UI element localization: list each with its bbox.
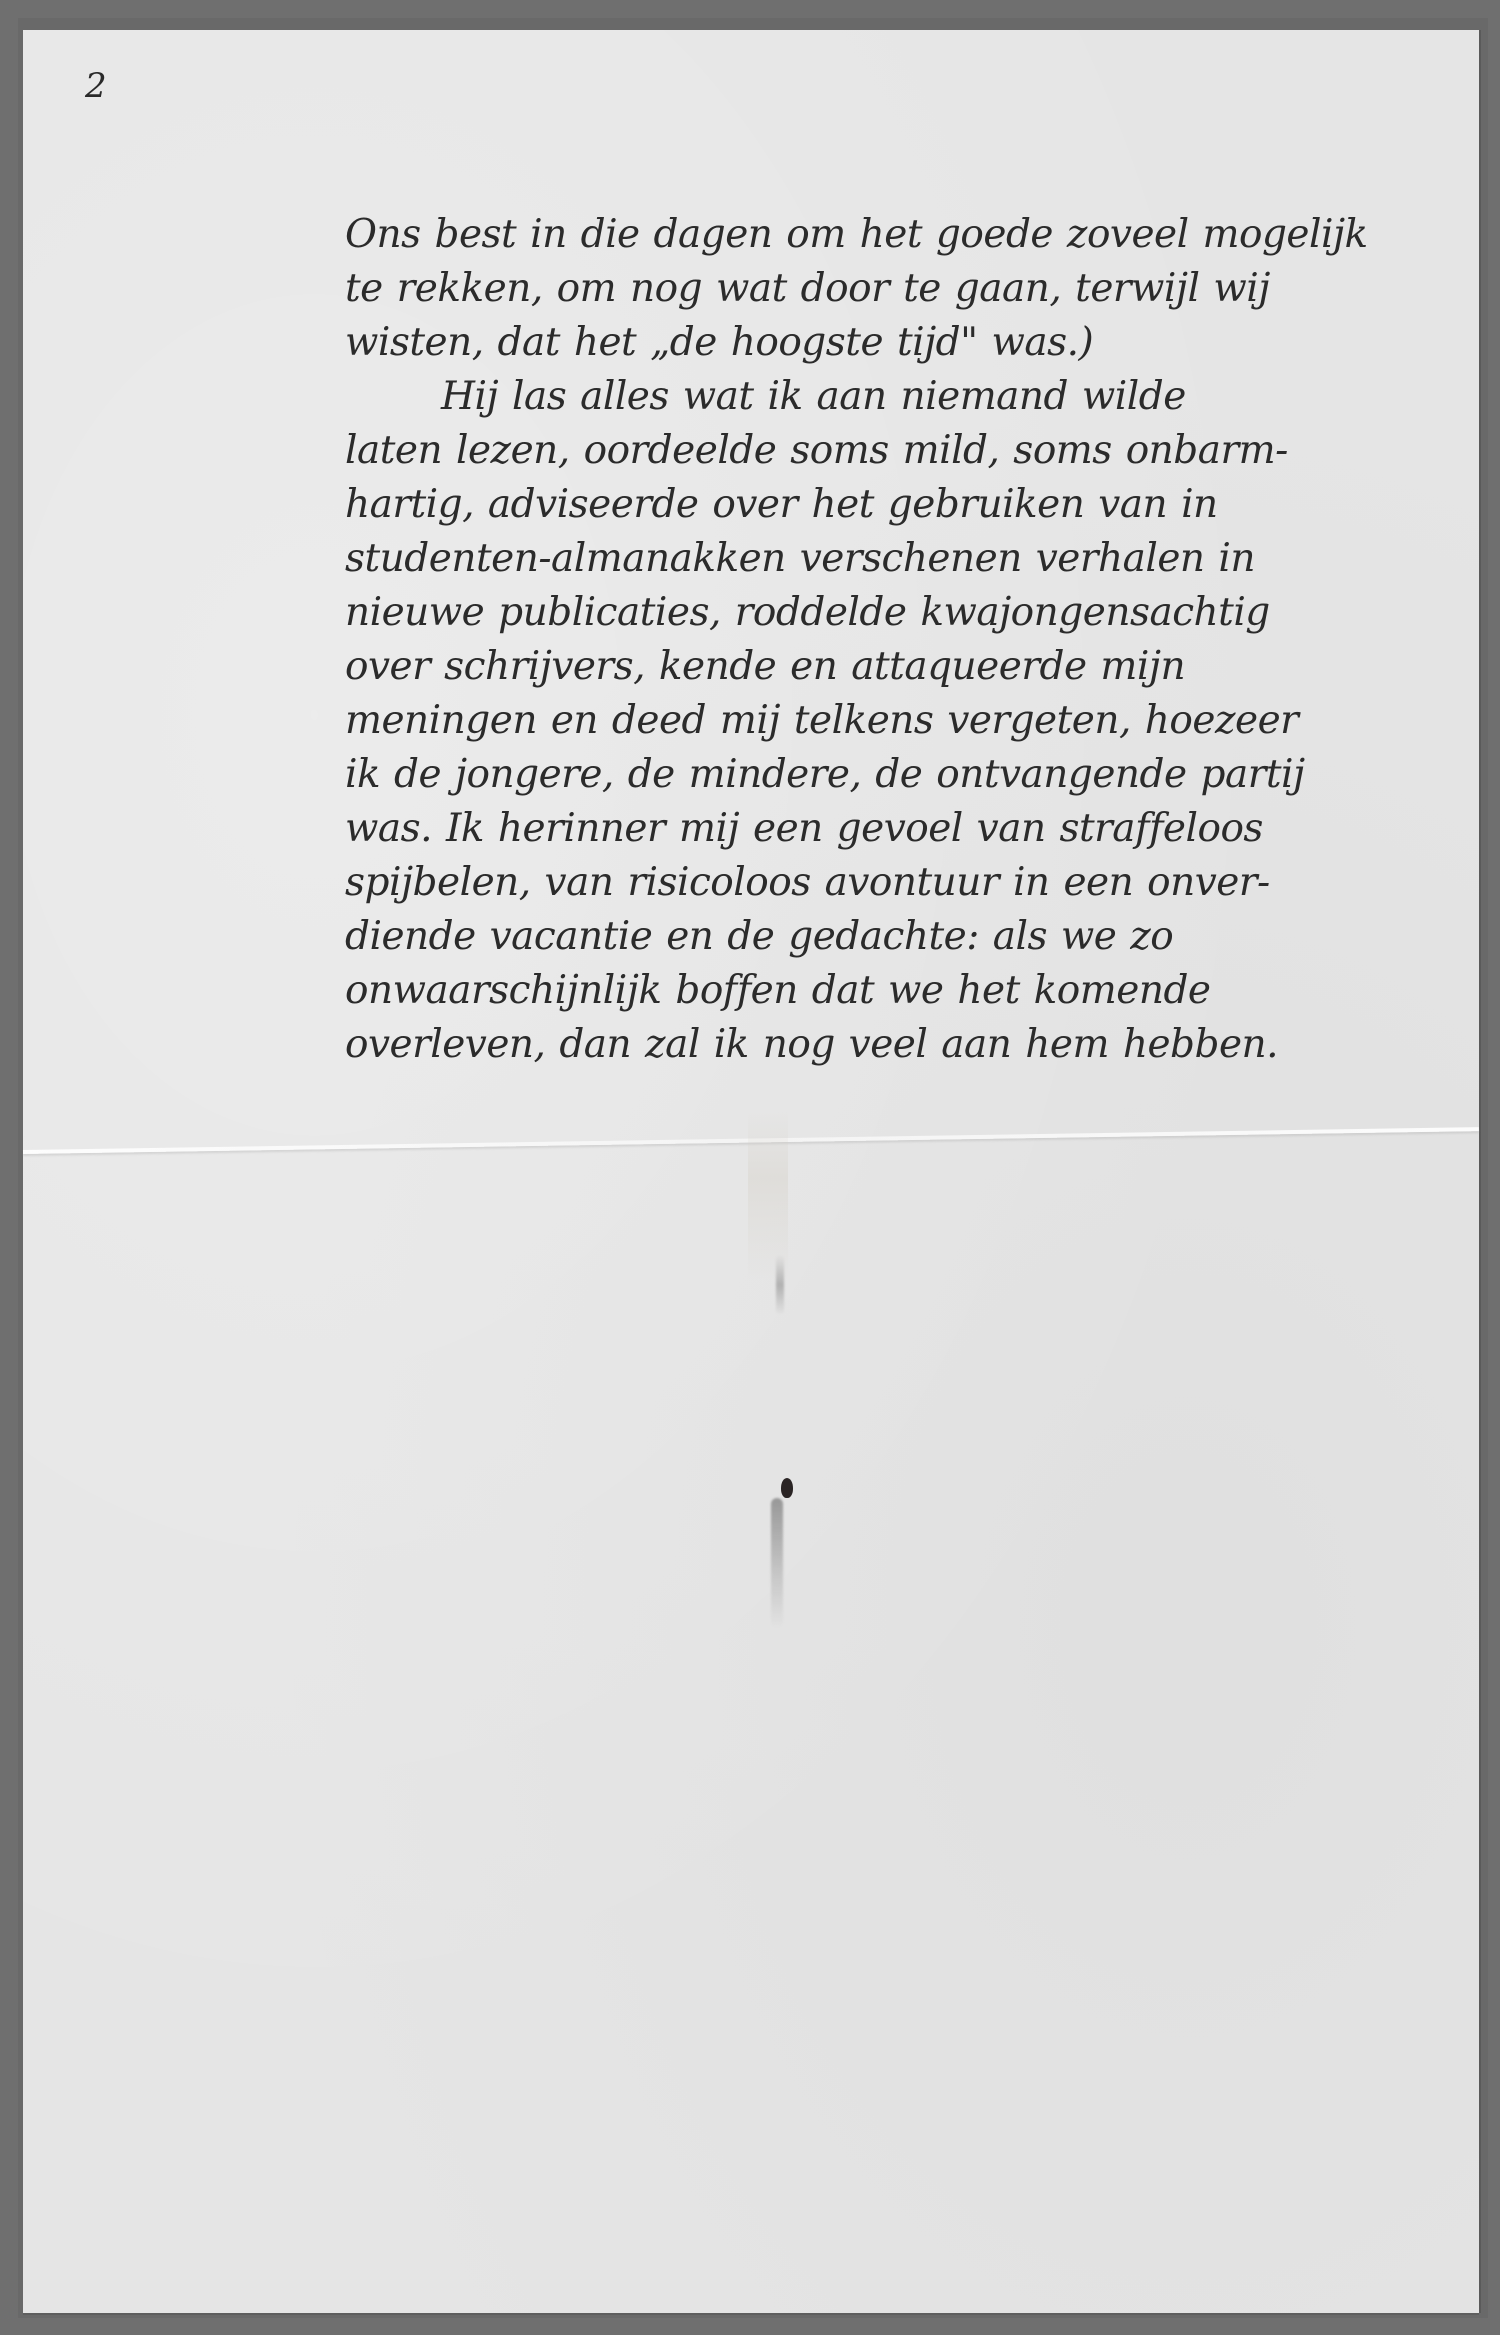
text-line: overleven, dan zal ik nog veel aan hem h… — [345, 1018, 1465, 1072]
text-line: nieuwe publicaties, roddelde kwajongensa… — [345, 586, 1465, 640]
ink-smudge-trail — [771, 1498, 783, 1628]
handwritten-paragraph: Ons best in die dagen om het goede zovee… — [345, 208, 1465, 1072]
text-line: was. Ik herinner mij een gevoel van stra… — [345, 802, 1465, 856]
text-line: studenten-almanakken verschenen verhalen… — [345, 532, 1465, 586]
ink-smudge — [776, 1255, 784, 1315]
text-line: spijbelen, van risicoloos avontuur in ee… — [345, 856, 1465, 910]
crease-shadow — [748, 1110, 788, 1280]
text-line-paragraph-start: Hij las alles wat ik aan niemand wilde — [345, 370, 1465, 424]
text-line: Ons best in die dagen om het goede zovee… — [345, 208, 1465, 262]
text-line: hartig, adviseerde over het gebruiken va… — [345, 478, 1465, 532]
text-line: onwaarschijnlijk boffen dat we het komen… — [345, 964, 1465, 1018]
manuscript-sheet: 2 Ons best in die dagen om het goede zov… — [23, 30, 1479, 2313]
text-line: meningen en deed mij telkens vergeten, h… — [345, 694, 1465, 748]
text-line: diende vacantie en de gedachte: als we z… — [345, 910, 1465, 964]
ink-blot — [781, 1478, 793, 1498]
text-line: ik de jongere, de mindere, de ontvangend… — [345, 748, 1465, 802]
text-line: laten lezen, oordeelde soms mild, soms o… — [345, 424, 1465, 478]
text-line: te rekken, om nog wat door te gaan, terw… — [345, 262, 1465, 316]
page-number: 2 — [85, 66, 107, 106]
text-line: over schrijvers, kende en attaqueerde mi… — [345, 640, 1465, 694]
text-line: wisten, dat het „de hoogste tijd" was.) — [345, 316, 1465, 370]
